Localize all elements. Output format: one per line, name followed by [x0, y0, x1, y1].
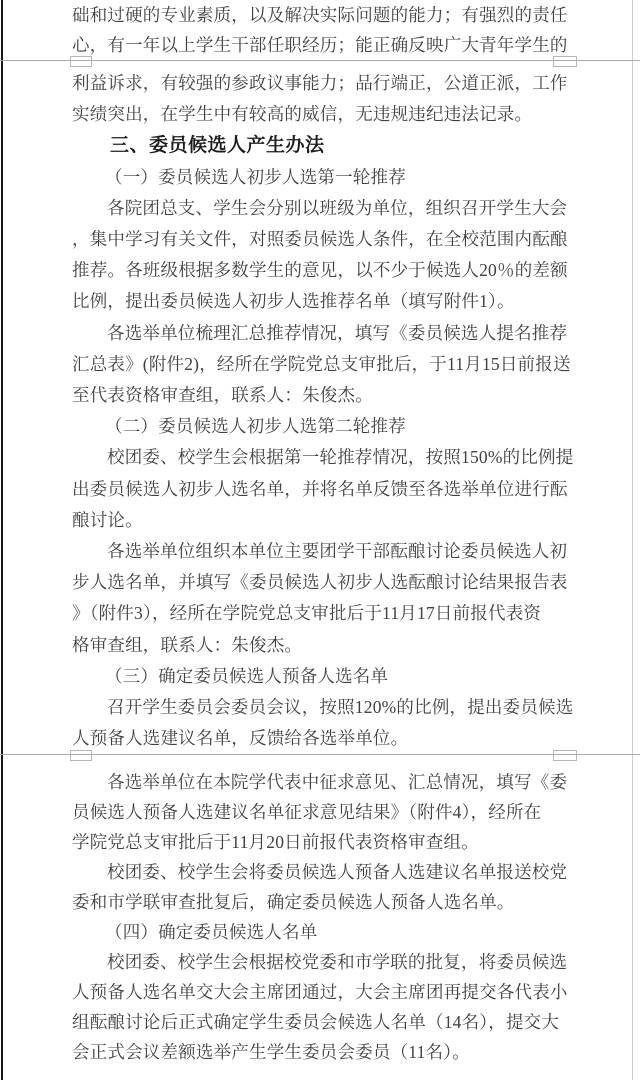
subsection-heading: （三）确定委员候选人预备人选名单	[0, 661, 640, 692]
subsection-heading: （一）委员候选人初步人选第一轮推荐	[0, 162, 640, 193]
document-line: 员候选人预备人选建议名单征求意见结果》（附件4），经所在	[0, 797, 640, 827]
document-page: 利益诉求，有较强的参政议事能力；品行端正，公道正派，工作实绩突出，在学生中有较高…	[0, 61, 640, 754]
document-line: 汇总表》(附件2)，经所在学院党总支审批后，于11月15日前报送	[0, 349, 640, 380]
document-line: 》（附件3），经所在学院党总支审批后于11月17日前报代表资	[0, 598, 640, 629]
document-line: 组酝酿讨论后正式确定学生委员会候选人名单（14名），提交大	[0, 1007, 640, 1037]
document-page: 础和过硬的专业素质，以及解决实际问题的能力；有强烈的责任心，有一年以上学生干部任…	[0, 0, 640, 60]
margin-corner-mark-right	[553, 56, 577, 67]
document-line: 委和市学联审查批复后，确定委员候选人预备人选名单。	[0, 887, 640, 917]
document-line: 校团委、校学生会将委员候选人预备人选建议名单报送校党	[0, 857, 640, 887]
document-line: 实绩突出，在学生中有较高的威信，无违规违纪违法记录。	[0, 99, 640, 130]
document-line: 酿讨论。	[0, 505, 640, 536]
document-line: 各选举单位组织本单位主要团学干部酝酿讨论委员候选人初	[0, 536, 640, 567]
document-line: ，集中学习有关文件，对照委员候选人条件，在全校范围内酝酿	[0, 224, 640, 255]
margin-corner-mark-left	[70, 56, 92, 67]
document-line: 至代表资格审查组，联系人：朱俊杰。	[0, 380, 640, 411]
document-line: 校团委、校学生会根据第一轮推荐情况，按照150%的比例提	[0, 442, 640, 473]
document-line: 人预备人选名单交大会主席团通过，大会主席团再提交各代表小	[0, 977, 640, 1007]
document-line: 会正式会议差额选举产生学生委员会委员（11名）。	[0, 1037, 640, 1067]
document-line: 格审查组，联系人：朱俊杰。	[0, 630, 640, 661]
document-line: 推荐。各班级根据多数学生的意见，以不少于候选人20％的差额	[0, 255, 640, 286]
document-line: 召开学生委员会委员会议，按照120%的比例，提出委员候选	[0, 692, 640, 723]
document-line: 出委员候选人初步人选名单，并将名单反馈至各选举单位进行酝	[0, 474, 640, 505]
document-line: 步人选名单，并填写《委员候选人初步人选酝酿讨论结果报告表	[0, 567, 640, 598]
margin-corner-mark-right	[553, 750, 577, 761]
document-line: 学院党总支审批后于11月20日前报代表资格审查组。	[0, 827, 640, 857]
document-line: 利益诉求，有较强的参政议事能力；品行端正，公道正派，工作	[0, 68, 640, 99]
document-line: 比例，提出委员候选人初步人选推荐名单（填写附件1）。	[0, 286, 640, 317]
document-content[interactable]: 础和过硬的专业素质，以及解决实际问题的能力；有强烈的责任心，有一年以上学生干部任…	[0, 0, 640, 1067]
section-heading: 三、委员候选人产生办法	[0, 130, 640, 161]
document-page-view: 础和过硬的专业素质，以及解决实际问题的能力；有强烈的责任心，有一年以上学生干部任…	[0, 0, 640, 1080]
document-line: 人预备人选建议名单，反馈给各选举单位。	[0, 723, 640, 754]
document-line: 心，有一年以上学生干部任职经历；能正确反映广大青年学生的	[0, 30, 640, 60]
margin-corner-mark-left	[70, 750, 92, 761]
page-break-divider	[0, 60, 640, 61]
subsection-heading: （四）确定委员候选人名单	[0, 917, 640, 947]
document-page: 各选举单位在本院学代表中征求意见、汇总情况，填写《委员候选人预备人选建议名单征求…	[0, 755, 640, 1067]
document-line: 各选举单位梳理汇总推荐情况，填写《委员候选人提名推荐	[0, 318, 640, 349]
page-break-divider	[0, 754, 640, 755]
document-line: 各选举单位在本院学代表中征求意见、汇总情况，填写《委	[0, 767, 640, 797]
subsection-heading: （二）委员候选人初步人选第二轮推荐	[0, 411, 640, 442]
document-line: 校团委、校学生会根据校党委和市学联的批复，将委员候选	[0, 947, 640, 977]
document-line: 各院团总支、学生会分别以班级为单位，组织召开学生大会	[0, 193, 640, 224]
document-line: 础和过硬的专业素质，以及解决实际问题的能力；有强烈的责任	[0, 0, 640, 30]
